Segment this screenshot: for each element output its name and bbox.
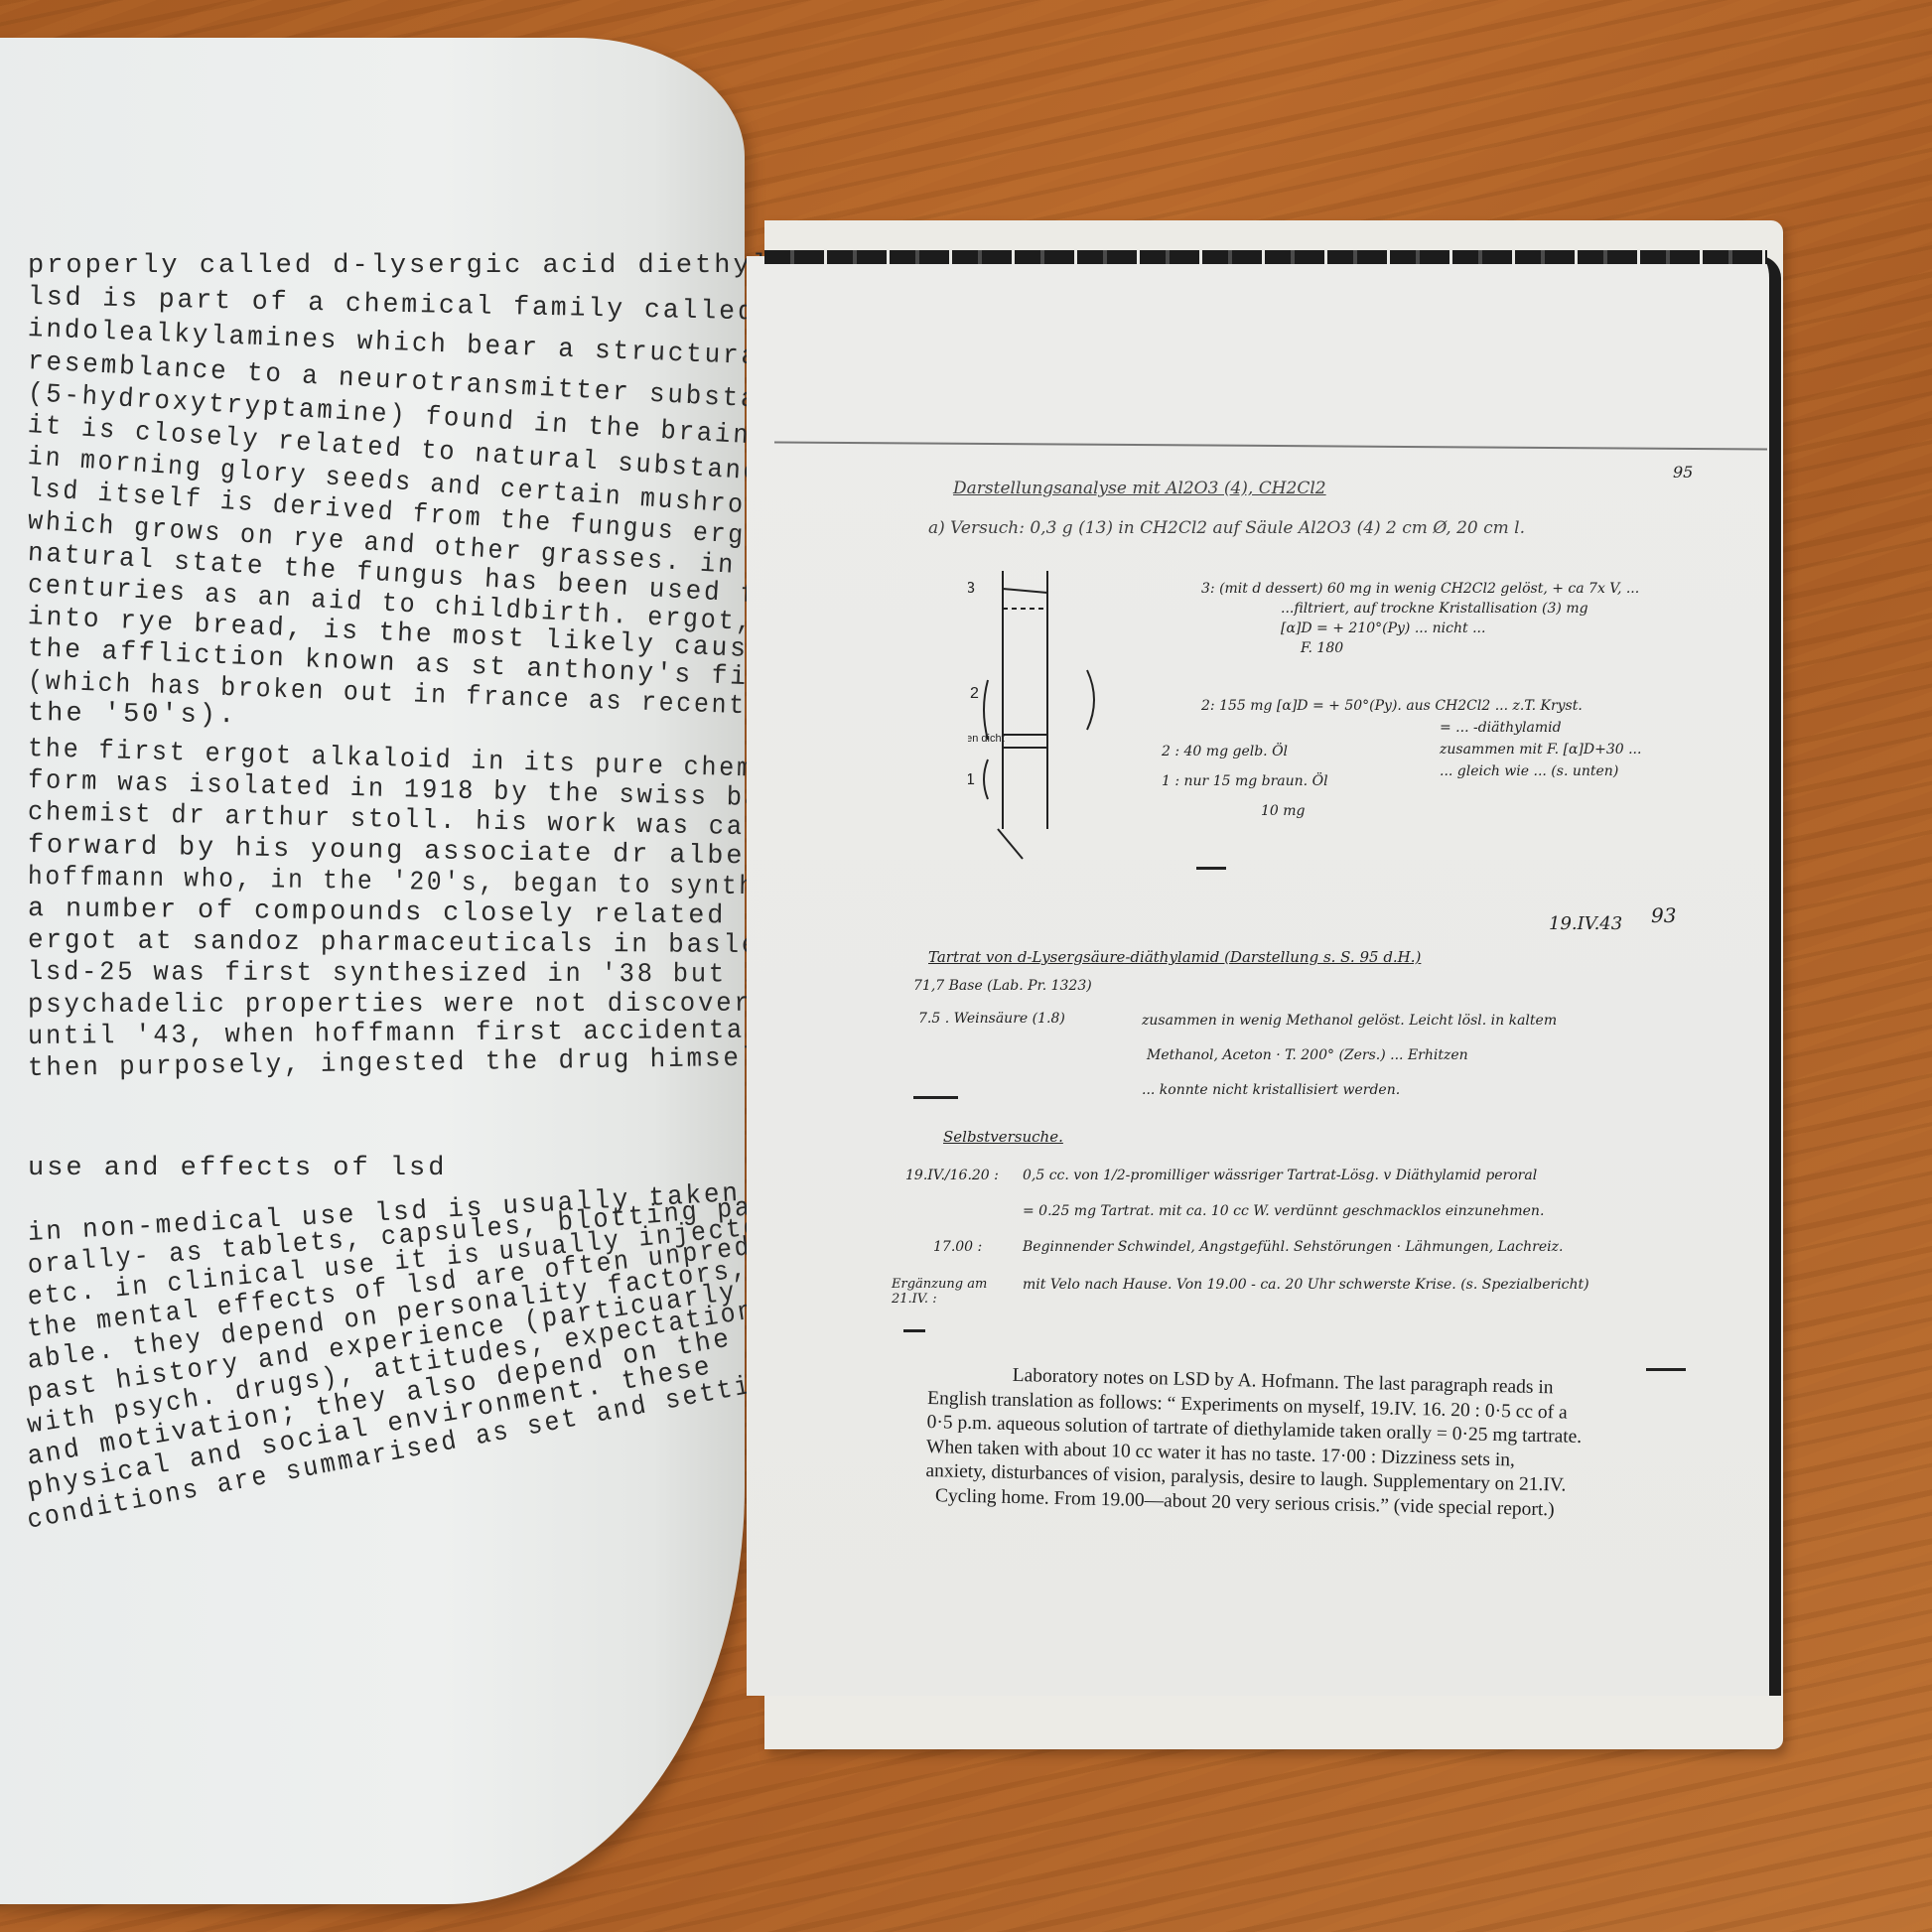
page-number-top: 95: [1673, 463, 1693, 482]
notes-line: ...filtriert, auf trockne Kristallisatio…: [1281, 599, 1639, 619]
log-text: = 0.25 mg Tartrat. mit ca. 10 cc W. verd…: [1023, 1203, 1544, 1219]
subnote-right: Methanol, Aceton · T. 200° (Zers.) ... E…: [1147, 1047, 1468, 1063]
notes-line: zusammen mit F. [α]D+30 ...: [1440, 739, 1641, 760]
log-text: Beginnender Schwindel, Angstgefühl. Sehs…: [1023, 1239, 1563, 1255]
notes-line: = ... -diäthylamid: [1440, 717, 1641, 739]
paragraph-2: the first ergot alkaloid in its pure che…: [28, 734, 723, 1085]
subnote-right: zusammen in wenig Methanol gelöst. Leich…: [1142, 1013, 1557, 1029]
log-time: Ergänzung am 21.IV. :: [892, 1277, 1021, 1307]
paragraph-3: in non-medical use lsd is usually taken …: [28, 1218, 723, 1538]
diagram-label: 2: [970, 685, 979, 702]
notes-line: 2: 155 mg [α]D = + 50°(Py). aus CH2Cl2 .…: [1201, 695, 1641, 717]
log-time: 19.IV./16.20 :: [905, 1168, 999, 1183]
chromatography-column-diagram: 3 2 2 Zonen dicht 1: [968, 571, 1127, 869]
notes-title-3: Selbstversuche.: [943, 1128, 1063, 1146]
notes-line: 10 mg: [1261, 796, 1328, 826]
log-text: mit Velo nach Hause. Von 19.00 - ca. 20 …: [1023, 1277, 1589, 1293]
notes-line: [α]D = + 210°(Py) ... nicht ...: [1281, 619, 1639, 638]
paragraph-1: properly called d-lysergic acid diethyla…: [28, 250, 723, 730]
notes-line: ... gleich wie ... (s. unten): [1440, 760, 1641, 782]
subnote-left: 7.5 . Weinsäure (1.8): [918, 1011, 1065, 1027]
torn-black-strip: [764, 250, 1767, 264]
log-text: 0,5 cc. von 1/2-promilliger wässriger Ta…: [1023, 1168, 1537, 1183]
notes-title-2: Tartrat von d-Lysergsäure-diäthylamid (D…: [928, 948, 1421, 966]
notes-title-1: Darstellungsanalyse mit Al2O3 (4), CH2Cl…: [953, 479, 1326, 498]
section-heading: use and effects of lsd: [28, 1153, 723, 1184]
diagram-label: 1: [968, 771, 975, 788]
notes-line-a: a) Versuch: 0,3 g (13) in CH2Cl2 auf Säu…: [928, 518, 1525, 538]
text-line: properly called d-lysergic acid diethyla…: [28, 250, 723, 282]
dash-mark: [1196, 867, 1226, 870]
diagram-label: 2 Zonen dicht: [968, 733, 1005, 745]
dash-mark: [1646, 1368, 1686, 1371]
diagram-label: 3: [968, 580, 975, 597]
dash-mark: [913, 1096, 958, 1099]
notes-date: 19.IV.43: [1549, 913, 1622, 934]
notes-line: 1 : nur 15 mg braun. Öl: [1162, 766, 1328, 796]
text-line: lsd-25 was first synthesized in '38 but …: [28, 957, 681, 991]
text-line: the '50's).: [28, 698, 723, 738]
subnote-right: ... konnte nicht kristallisiert werden.: [1142, 1082, 1400, 1098]
zone3-notes: 3: (mit d dessert) 60 mg in wenig CH2Cl2…: [1201, 579, 1639, 658]
zone1-notes: 2 : 40 mg gelb. Öl 1 : nur 15 mg braun. …: [1162, 737, 1328, 826]
page-number-mid: 93: [1651, 903, 1676, 927]
notes-line: 3: (mit d dessert) 60 mg in wenig CH2Cl2…: [1201, 579, 1639, 599]
log-time: 17.00 :: [933, 1239, 982, 1255]
notes-line: 2 : 40 mg gelb. Öl: [1162, 737, 1328, 766]
dash-mark: [903, 1329, 925, 1332]
notes-line: F. 180: [1301, 638, 1639, 658]
subnote-left: 71,7 Base (Lab. Pr. 1323): [913, 978, 1092, 994]
figure-caption: Laboratory notes on LSD by A. Hofmann. T…: [925, 1362, 1663, 1525]
typewritten-text: properly called d-lysergic acid diethyla…: [28, 250, 723, 1539]
left-page: properly called d-lysergic acid diethyla…: [0, 38, 745, 1904]
